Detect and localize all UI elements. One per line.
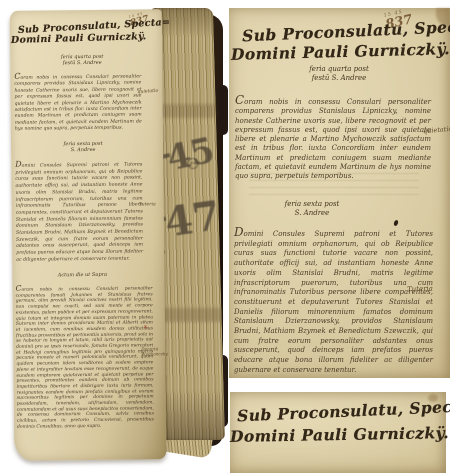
fore-edge-stain bbox=[159, 308, 221, 322]
section3-margin-note: Decretū Wygnanczky bbox=[141, 346, 168, 356]
fore-edge-stain bbox=[154, 104, 216, 118]
section1-date-heading: feria quarta post festū S. Andree bbox=[32, 54, 132, 67]
book-cover-edge bbox=[218, 85, 228, 135]
section1-date-line2: festū S. Andree bbox=[32, 60, 132, 67]
section1-body: Coram nobis in consessu Consulari person… bbox=[235, 95, 431, 182]
section2-date-line2: S. Andree bbox=[33, 147, 133, 154]
section3-body: Coram nobis in consessu Consulari person… bbox=[16, 283, 155, 430]
section2-margin-note: Tuteria bbox=[407, 285, 433, 294]
fore-edge-year-bottom: 47 bbox=[162, 196, 224, 243]
section1-date-line2: festū S. Andree bbox=[284, 74, 394, 83]
section2-date-heading: feria sexta post S. Andree bbox=[257, 200, 367, 217]
section1-margin-note: quietatio bbox=[423, 125, 450, 136]
section2-body: Domini Consules Supremi patroni et Tutor… bbox=[15, 159, 143, 264]
fore-edge-year-top: 45 bbox=[164, 133, 218, 176]
entry-heading-line2: Domini Pauli Gurniczkÿ. bbox=[11, 31, 147, 46]
section2-date-line2: S. Andree bbox=[257, 209, 367, 218]
manuscript-page-detail: 15 45 837 Sub Proconsulatu, Specta= Domi… bbox=[229, 8, 450, 378]
section1-margin-note: quietatio bbox=[137, 89, 158, 95]
section1-date-line1: feria quarta post bbox=[284, 65, 394, 74]
section2-margin-note: Tuteria bbox=[139, 202, 156, 207]
manuscript-photo-collage: 45 47 15 45 837 Sub Proconsulatu, Specta… bbox=[0, 0, 450, 476]
section2-body: Domini Consules Supremi patroni et Tutor… bbox=[234, 227, 433, 376]
section2-date-line1: feria sexta post bbox=[257, 200, 367, 209]
fore-edge-doodle bbox=[187, 158, 198, 169]
section3-heading: Actum die ut Supra bbox=[32, 272, 132, 279]
section3-margin-line2: Wygnanczky bbox=[141, 351, 168, 356]
heading-detail-crop: Sub Proconsulatu, Specta= Domini Pauli G… bbox=[230, 392, 446, 473]
ink-blot bbox=[393, 219, 399, 226]
manuscript-page-left: 15 45 837 Sub Proconsulatu, Specta= Domi… bbox=[10, 9, 167, 461]
section1-body: Coram nobis in consessu Consulari person… bbox=[14, 71, 142, 133]
book-photo: 45 47 15 45 837 Sub Proconsulatu, Specta… bbox=[0, 0, 230, 476]
ink-show-through bbox=[249, 173, 419, 195]
entry-heading-line1: Sub Proconsulatu, Specta= bbox=[237, 396, 450, 426]
section2-date-heading: feria sexta post S. Andree bbox=[33, 141, 133, 154]
red-margin-mark: x bbox=[144, 323, 147, 330]
entry-heading-line2: Domini Pauli Gurniczkÿ. bbox=[230, 423, 449, 446]
section1-date-heading: feria quarta post festū S. Andree bbox=[284, 65, 394, 82]
